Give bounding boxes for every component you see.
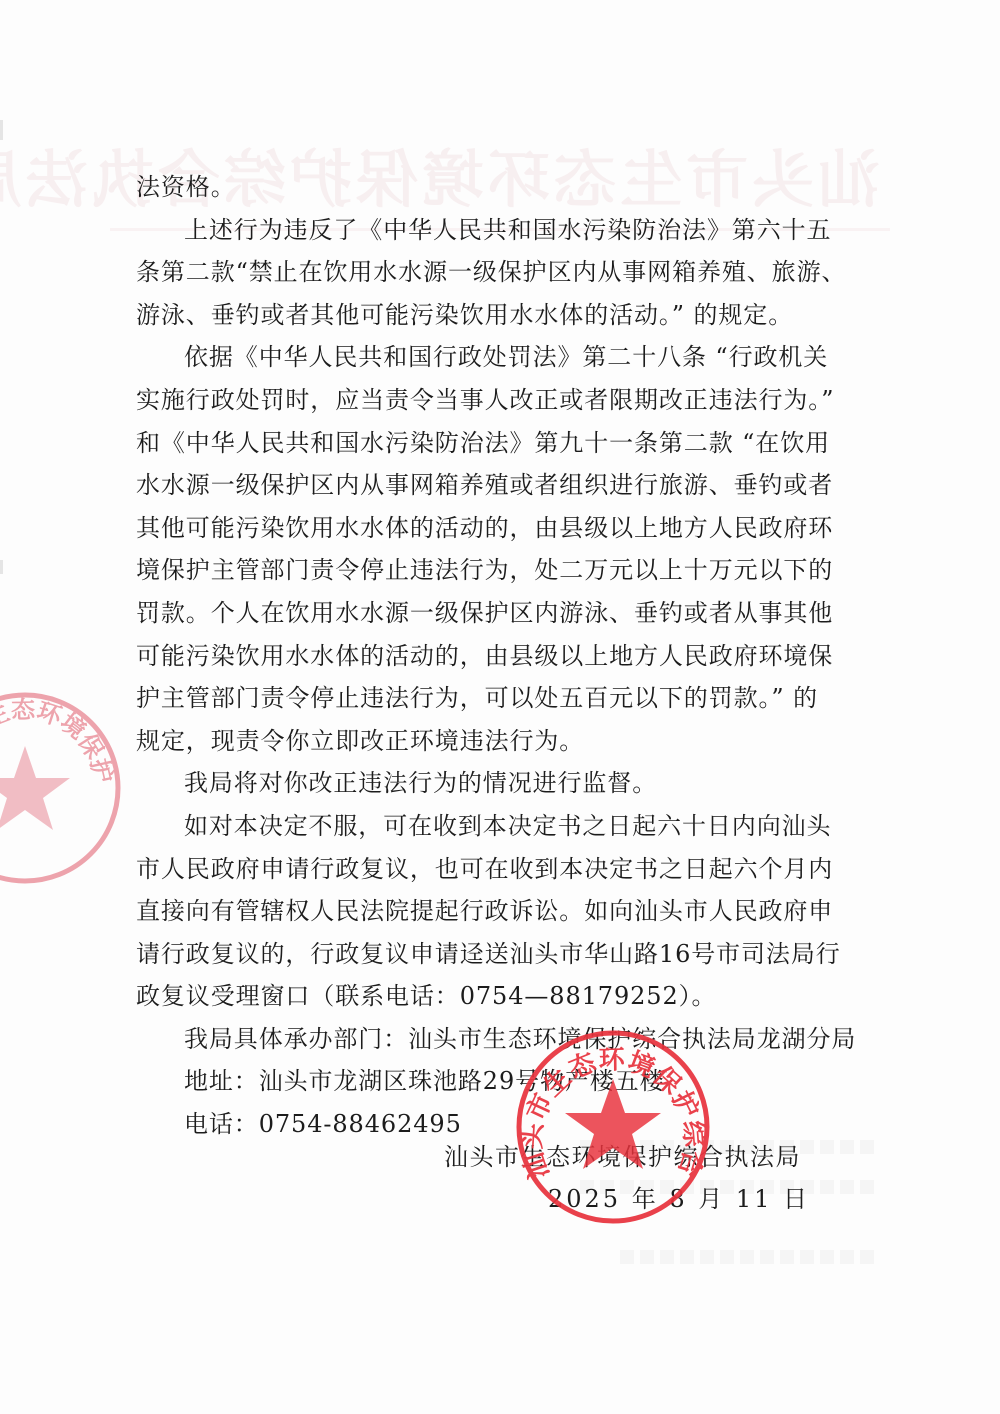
paragraph-line: 境保护主管部门责令停止违法行为，处二万元以上十万元以下的 [136, 549, 876, 592]
paragraph-line: 条第二款“禁止在饮用水水源一级保护区内从事网箱养殖、旅游、 [136, 251, 876, 294]
paragraph-line: 直接向有管辖权人民法院提起行政诉讼。如向汕头市人民政府申 [136, 890, 876, 933]
department-label: 我局具体承办部门： [184, 1025, 408, 1053]
document-page: 汕头市生态环境保护综合执法局 汕头市生态环境保护 法资格。 上述行为违反了《中华… [0, 0, 1000, 1414]
department-value: 汕头市生态环境保护综合执法局龙湖分局 [408, 1025, 856, 1053]
document-body: 法资格。 上述行为违反了《中华人民共和国水污染防治法》第六十五 条第二款“禁止在… [136, 166, 876, 1146]
address-label: 地址： [184, 1067, 259, 1095]
paragraph-line: 我局将对你改正违法行为的情况进行监督。 [136, 762, 876, 805]
paragraph-line: 罚款。个人在饮用水水源一级保护区内游泳、垂钓或者从事其他 [136, 592, 876, 635]
paragraph-line: 市人民政府申请行政复议，也可在收到本决定书之日起六个月内 [136, 848, 876, 891]
paragraph-line: 实施行政处罚时，应当责令当事人改正或者限期改正违法行为。” [136, 379, 876, 422]
address-value: 汕头市龙湖区珠池路29号物产楼五楼 [259, 1067, 665, 1095]
phone-label: 电话： [184, 1110, 259, 1138]
paragraph-line: 依据《中华人民共和国行政处罚法》第二十八条 “行政机关 [136, 336, 876, 379]
svg-text:汕头市生态环境保护: 汕头市生态环境保护 [0, 696, 117, 789]
paragraph-line: 如对本决定不服，可在收到本决定书之日起六十日内向汕头 [136, 805, 876, 848]
partial-seal-icon: 汕头市生态环境保护 [0, 688, 125, 888]
scan-margin-mark [0, 560, 3, 574]
paragraph-line: 游泳、垂钓或者其他可能污染饮用水水体的活动。” 的规定。 [136, 294, 876, 337]
scan-margin-mark [0, 120, 3, 140]
paragraph-line: 上述行为违反了《中华人民共和国水污染防治法》第六十五 [136, 209, 876, 252]
paragraph-line: 法资格。 [136, 166, 876, 209]
issuing-organization: 汕头市生态环境保护综合执法局 [444, 1136, 810, 1178]
paragraph-line: 水水源一级保护区内从事网箱养殖或者组织进行旅游、垂钓或者 [136, 464, 876, 507]
bleed-through-text [620, 1250, 880, 1264]
issue-date: 2025 年 8 月 11 日 [444, 1178, 810, 1220]
contact-department: 我局具体承办部门：汕头市生态环境保护综合执法局龙湖分局 [136, 1018, 876, 1061]
paragraph-line: 请行政复议的，行政复议申请迳送汕头市华山路16号市司法局行 [136, 933, 876, 976]
paragraph-line: 其他可能污染饮用水水体的活动的，由县级以上地方人民政府环 [136, 507, 876, 550]
paragraph-line: 可能污染饮用水水体的活动的，由县级以上地方人民政府环境保 [136, 635, 876, 678]
phone-value: 0754-88462495 [259, 1110, 462, 1138]
paragraph-line: 护主管部门责令停止违法行为，可以处五百元以下的罚款。” 的 [136, 677, 876, 720]
paragraph-line: 政复议受理窗口（联系电话：0754—88179252）。 [136, 975, 876, 1018]
paragraph-line: 规定，现责令你立即改正环境违法行为。 [136, 720, 876, 763]
paragraph-line: 和《中华人民共和国水污染防治法》第九十一条第二款 “在饮用 [136, 422, 876, 465]
contact-address: 地址：汕头市龙湖区珠池路29号物产楼五楼 [136, 1060, 876, 1103]
signature-block: 汕头市生态环境保护综合执法局 2025 年 8 月 11 日 [444, 1136, 810, 1220]
